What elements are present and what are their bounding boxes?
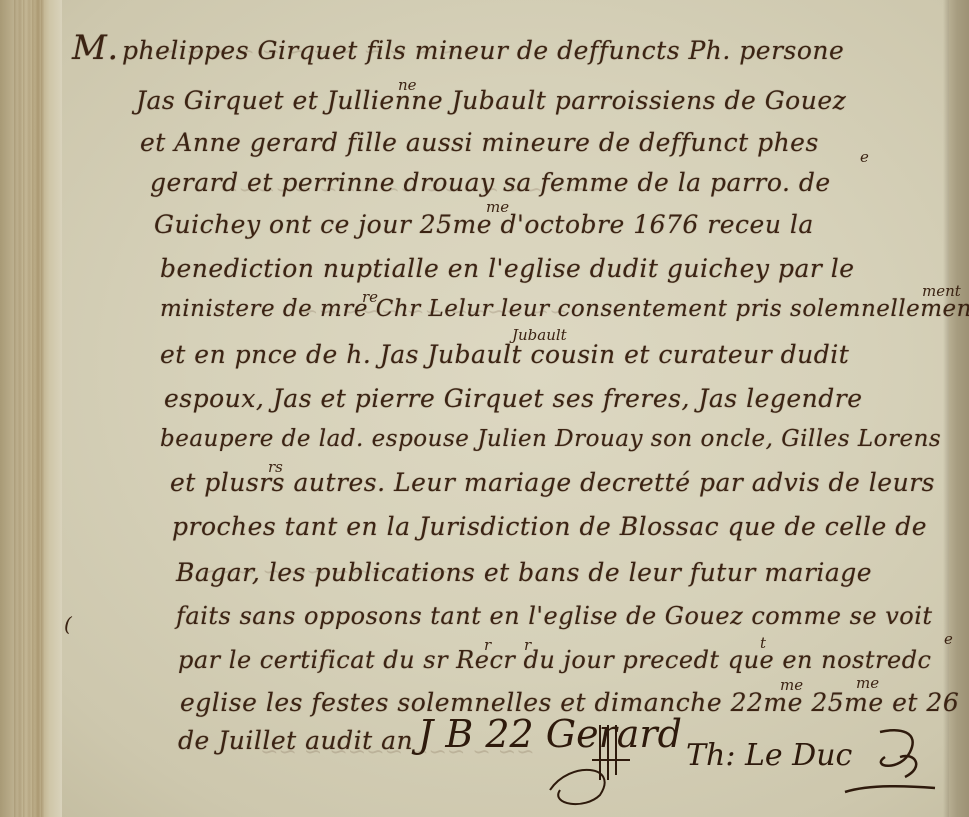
superscript: e <box>944 630 953 648</box>
register-line-9: espoux, Jas et pierre Girquet ses freres… <box>164 384 863 413</box>
superscript: ment <box>922 282 961 300</box>
signature-priest: Th: Le Duc <box>686 738 852 773</box>
superscript: e <box>860 148 869 166</box>
superscript: me <box>486 198 509 216</box>
superscript: r <box>484 636 491 654</box>
register-line-17: de Juillet audit an <box>178 726 413 755</box>
superscript: ne <box>398 76 417 94</box>
register-line-4: gerard et perrinne drouay sa femme de la… <box>150 168 831 197</box>
paper-edge-texture <box>14 0 44 817</box>
signature-flourish-icon <box>530 720 640 810</box>
register-line-3: et Anne gerard fille aussi mineure de de… <box>140 128 819 157</box>
register-line-14: faits sans opposons tant en l'eglise de … <box>176 602 933 630</box>
superscript: re <box>362 288 378 306</box>
register-line-11: et plusrs autres. Leur mariage decretté … <box>170 468 935 497</box>
register-line-8: et en pnce de h. Jas Jubault cousin et c… <box>160 340 849 369</box>
margin-bracket-mark: ( <box>64 612 72 636</box>
register-line-10: beaupere de lad. espouse Julien Drouay s… <box>160 426 941 452</box>
superscript: me <box>856 674 879 692</box>
superscript-insertion: Jubault <box>512 326 567 344</box>
register-line-2: Jas Girquet et Jullienne Jubault parrois… <box>136 86 846 115</box>
register-line-1: phelippes Girquet fils mineur de deffunc… <box>122 36 844 65</box>
manuscript-page: ~ ~ ~ ~ ~ ~ ~ ~ ~ ~ ~ ~ ~~~ ~~ ~~~~ ~~ ~… <box>0 0 969 817</box>
register-line-5: Guichey ont ce jour 25me d'octobre 1676 … <box>154 210 814 239</box>
signature-paraph-icon <box>840 722 940 802</box>
register-line-7: ministere de mre Chr Lelur leur consente… <box>160 296 969 322</box>
superscript: t <box>760 634 766 652</box>
margin-heading: M. <box>72 28 119 68</box>
superscript: me <box>780 676 803 694</box>
superscript: rs <box>268 458 283 476</box>
register-line-13: Bagar, les publications et bans de leur … <box>176 558 872 587</box>
register-line-6: benediction nuptialle en l'eglise dudit … <box>160 254 855 283</box>
register-line-15: par le certificat du sr Recr du jour pre… <box>178 646 932 674</box>
register-line-12: proches tant en la Jurisdiction de Bloss… <box>172 512 927 541</box>
superscript: r <box>524 636 531 654</box>
